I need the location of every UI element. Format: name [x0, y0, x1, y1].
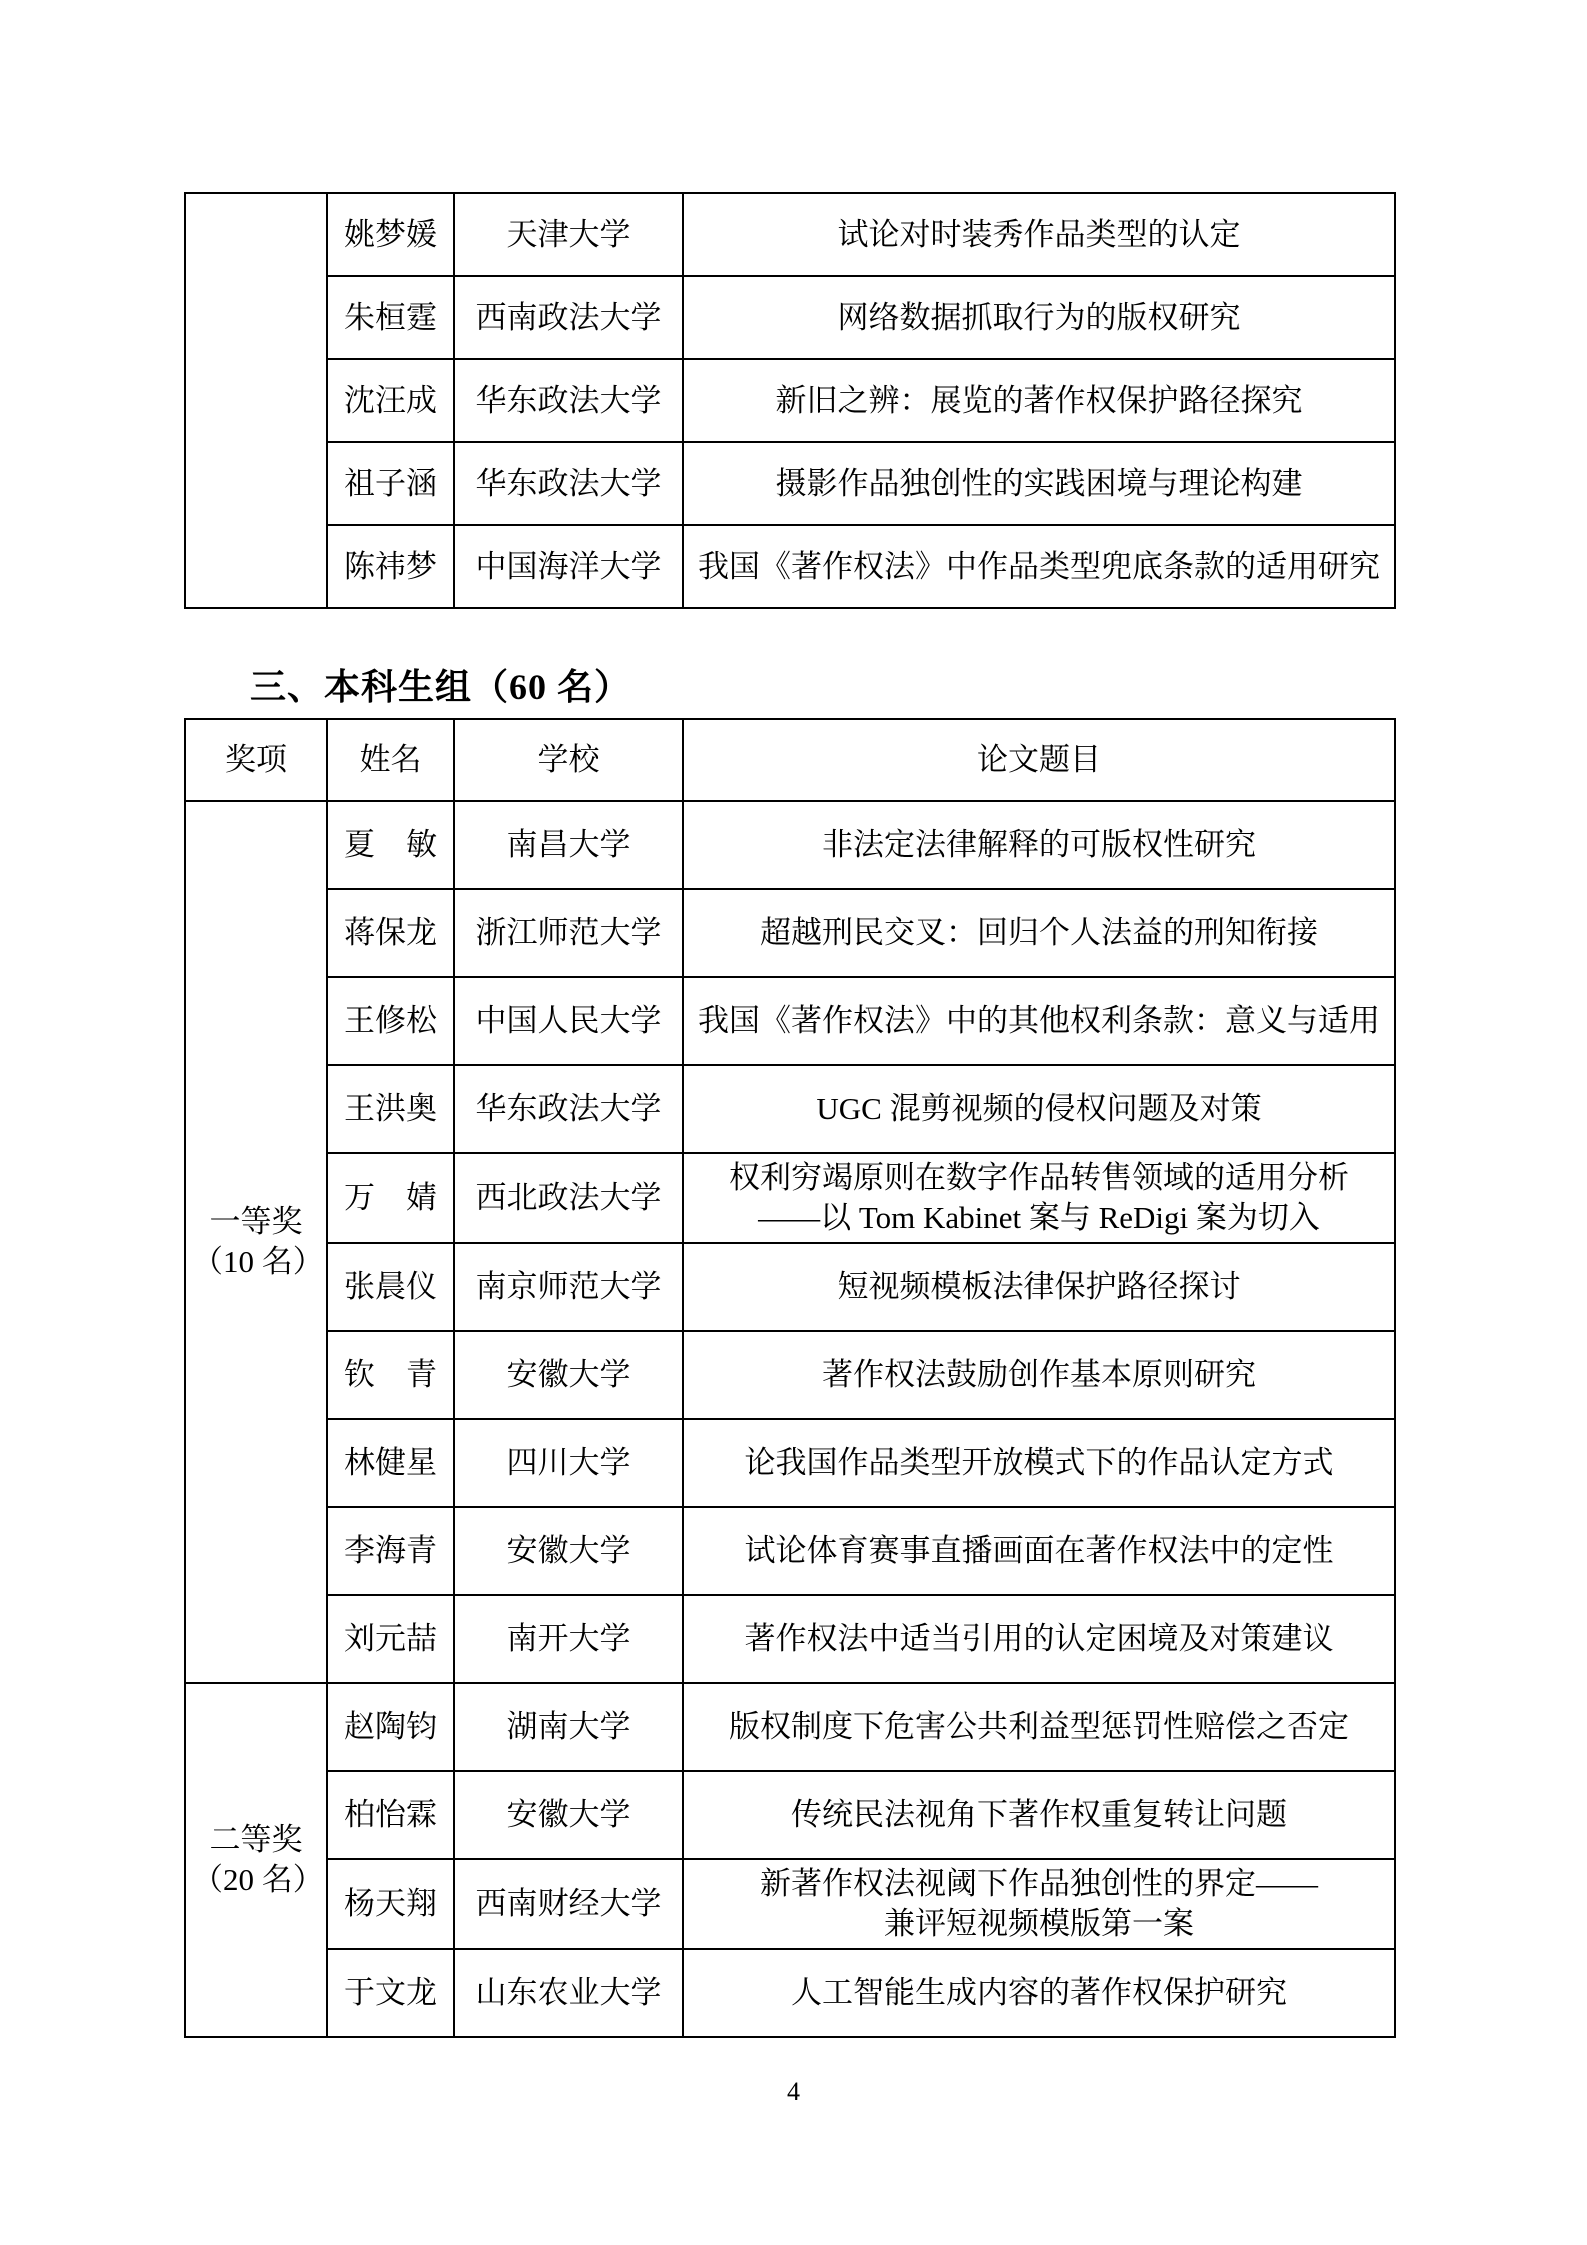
winner-school: 四川大学 — [454, 1419, 683, 1507]
winner-name: 王修松 — [327, 977, 454, 1065]
paper-title-text: 兼评短视频模版第一案 — [690, 1904, 1388, 1944]
award-group-cell-text: 二等奖 — [192, 1820, 320, 1860]
paper-title-text: 短视频模板法律保护路径探讨 — [690, 1267, 1388, 1307]
table-row: 刘元喆南开大学著作权法中适当引用的认定困境及对策建议 — [185, 1595, 1395, 1683]
table-graduate-group-continued: 姚梦媛天津大学试论对时装秀作品类型的认定朱桓霆西南政法大学网络数据抓取行为的版权… — [184, 192, 1396, 609]
paper-title: 摄影作品独创性的实践困境与理论构建 — [683, 442, 1395, 525]
award-group-cell: 二等奖（20 名） — [185, 1683, 327, 2037]
paper-title-text: 新旧之辨：展览的著作权保护路径探究 — [690, 381, 1388, 421]
table-row: 柏怡霖安徽大学传统民法视角下著作权重复转让问题 — [185, 1771, 1395, 1859]
winner-name: 李海青 — [327, 1507, 454, 1595]
award-group-cell-text: （10 名） — [192, 1242, 320, 1282]
paper-title-text: 我国《著作权法》中作品类型兜底条款的适用研究 — [690, 547, 1388, 587]
winner-school: 南昌大学 — [454, 801, 683, 889]
winner-school-text: 安徽大学 — [461, 1795, 676, 1835]
paper-title: 新旧之辨：展览的著作权保护路径探究 — [683, 359, 1395, 442]
winner-name: 祖子涵 — [327, 442, 454, 525]
winner-school-text: 安徽大学 — [461, 1355, 676, 1395]
winner-name: 钦 青 — [327, 1331, 454, 1419]
winner-name-text: 祖子涵 — [334, 464, 447, 504]
column-header-award: 奖项 — [185, 719, 327, 801]
table-body: 一等奖（10 名）夏 敏南昌大学非法定法律解释的可版权性研究蒋保龙浙江师范大学超… — [185, 801, 1395, 2037]
winner-name-text: 赵陶钧 — [334, 1707, 447, 1747]
paper-title: 人工智能生成内容的著作权保护研究 — [683, 1949, 1395, 2037]
award-group-cell-continued — [185, 193, 327, 608]
winner-name: 林健星 — [327, 1419, 454, 1507]
winner-name-text: 林健星 — [334, 1443, 447, 1483]
paper-title: 网络数据抓取行为的版权研究 — [683, 276, 1395, 359]
paper-title: 著作权法鼓励创作基本原则研究 — [683, 1331, 1395, 1419]
winner-name-text: 朱桓霆 — [334, 298, 447, 338]
paper-title-text: 网络数据抓取行为的版权研究 — [690, 298, 1388, 338]
winner-school-text: 中国海洋大学 — [461, 547, 676, 587]
winner-school: 安徽大学 — [454, 1507, 683, 1595]
page-number: 4 — [0, 2076, 1587, 2108]
winner-school: 山东农业大学 — [454, 1949, 683, 2037]
winner-school-text: 四川大学 — [461, 1443, 676, 1483]
winner-school: 西南财经大学 — [454, 1859, 683, 1949]
paper-title: 试论体育赛事直播画面在著作权法中的定性 — [683, 1507, 1395, 1595]
winner-name: 王洪奥 — [327, 1065, 454, 1153]
paper-title: 试论对时装秀作品类型的认定 — [683, 193, 1395, 276]
winner-name: 朱桓霆 — [327, 276, 454, 359]
winner-school: 天津大学 — [454, 193, 683, 276]
winner-school: 南开大学 — [454, 1595, 683, 1683]
winner-school-text: 湖南大学 — [461, 1707, 676, 1747]
winner-school: 南京师范大学 — [454, 1243, 683, 1331]
winner-name: 陈祎梦 — [327, 525, 454, 608]
winner-name-text: 张晨仪 — [334, 1267, 447, 1307]
winner-name-text: 蒋保龙 — [334, 913, 447, 953]
table-row: 王修松中国人民大学我国《著作权法》中的其他权利条款：意义与适用 — [185, 977, 1395, 1065]
table-header: 奖项 姓名 学校 论文题目 — [185, 719, 1395, 801]
winner-name-text: 杨天翔 — [334, 1884, 447, 1924]
winner-name: 万 婧 — [327, 1153, 454, 1243]
paper-title-text: 新著作权法视阈下作品独创性的界定—— — [690, 1864, 1388, 1904]
paper-title: 新著作权法视阈下作品独创性的界定——兼评短视频模版第一案 — [683, 1859, 1395, 1949]
paper-title: 我国《著作权法》中的其他权利条款：意义与适用 — [683, 977, 1395, 1065]
paper-title-text: 人工智能生成内容的著作权保护研究 — [690, 1973, 1388, 2013]
winner-name: 杨天翔 — [327, 1859, 454, 1949]
paper-title-text: 摄影作品独创性的实践困境与理论构建 — [690, 464, 1388, 504]
winner-name-text: 刘元喆 — [334, 1619, 447, 1659]
paper-title: 著作权法中适当引用的认定困境及对策建议 — [683, 1595, 1395, 1683]
table-row: 一等奖（10 名）夏 敏南昌大学非法定法律解释的可版权性研究 — [185, 801, 1395, 889]
winner-name: 赵陶钧 — [327, 1683, 454, 1771]
paper-title-text: 著作权法中适当引用的认定困境及对策建议 — [690, 1619, 1388, 1659]
winner-school: 湖南大学 — [454, 1683, 683, 1771]
table-body: 姚梦媛天津大学试论对时装秀作品类型的认定朱桓霆西南政法大学网络数据抓取行为的版权… — [185, 193, 1395, 608]
winner-name-text: 沈汪成 — [334, 381, 447, 421]
winner-school-text: 南开大学 — [461, 1619, 676, 1659]
winner-name-text: 钦 青 — [334, 1355, 447, 1395]
table-row: 林健星四川大学论我国作品类型开放模式下的作品认定方式 — [185, 1419, 1395, 1507]
winner-name: 张晨仪 — [327, 1243, 454, 1331]
document-page: 姚梦媛天津大学试论对时装秀作品类型的认定朱桓霆西南政法大学网络数据抓取行为的版权… — [0, 0, 1587, 2245]
winner-name-text: 陈祎梦 — [334, 547, 447, 587]
winner-school: 西北政法大学 — [454, 1153, 683, 1243]
column-header-school: 学校 — [454, 719, 683, 801]
winner-name-text: 王洪奥 — [334, 1089, 447, 1129]
winner-school-text: 浙江师范大学 — [461, 913, 676, 953]
winner-school: 西南政法大学 — [454, 276, 683, 359]
award-group-cell-text: 一等奖 — [192, 1202, 320, 1242]
paper-title-text: 试论体育赛事直播画面在著作权法中的定性 — [690, 1531, 1388, 1571]
winner-name: 蒋保龙 — [327, 889, 454, 977]
table-row: 祖子涵华东政法大学摄影作品独创性的实践困境与理论构建 — [185, 442, 1395, 525]
table-row: 朱桓霆西南政法大学网络数据抓取行为的版权研究 — [185, 276, 1395, 359]
paper-title: 非法定法律解释的可版权性研究 — [683, 801, 1395, 889]
winner-school-text: 华东政法大学 — [461, 1089, 676, 1129]
winner-name-text: 万 婧 — [334, 1178, 447, 1218]
winner-school-text: 中国人民大学 — [461, 1001, 676, 1041]
winner-name-text: 王修松 — [334, 1001, 447, 1041]
paper-title-text: 我国《著作权法》中的其他权利条款：意义与适用 — [690, 1001, 1388, 1041]
column-header-name: 姓名 — [327, 719, 454, 801]
winner-name: 夏 敏 — [327, 801, 454, 889]
winner-school: 华东政法大学 — [454, 359, 683, 442]
winner-school: 安徽大学 — [454, 1331, 683, 1419]
winner-school-text: 西南政法大学 — [461, 298, 676, 338]
section-heading: 三、本科生组（60 名） — [250, 662, 631, 712]
table-row: 杨天翔西南财经大学新著作权法视阈下作品独创性的界定——兼评短视频模版第一案 — [185, 1859, 1395, 1949]
winner-school: 华东政法大学 — [454, 442, 683, 525]
winner-school: 中国海洋大学 — [454, 525, 683, 608]
table-row: 于文龙山东农业大学人工智能生成内容的著作权保护研究 — [185, 1949, 1395, 2037]
winner-school-text: 华东政法大学 — [461, 381, 676, 421]
winner-school-text: 南昌大学 — [461, 825, 676, 865]
winner-school-text: 天津大学 — [461, 215, 676, 255]
table-row: 钦 青安徽大学著作权法鼓励创作基本原则研究 — [185, 1331, 1395, 1419]
winner-school-text: 南京师范大学 — [461, 1267, 676, 1307]
winner-name: 沈汪成 — [327, 359, 454, 442]
table-row: 二等奖（20 名）赵陶钧湖南大学版权制度下危害公共利益型惩罚性赔偿之否定 — [185, 1683, 1395, 1771]
winner-school-text: 华东政法大学 — [461, 464, 676, 504]
winner-name: 于文龙 — [327, 1949, 454, 2037]
table-row: 蒋保龙浙江师范大学超越刑民交叉：回归个人法益的刑知衔接 — [185, 889, 1395, 977]
award-group-cell: 一等奖（10 名） — [185, 801, 327, 1683]
winner-name-text: 柏怡霖 — [334, 1795, 447, 1835]
paper-title-text: 非法定法律解释的可版权性研究 — [690, 825, 1388, 865]
winner-name-text: 姚梦媛 — [334, 215, 447, 255]
paper-title-text: 版权制度下危害公共利益型惩罚性赔偿之否定 — [690, 1707, 1388, 1747]
table-row: 万 婧西北政法大学权利穷竭原则在数字作品转售领域的适用分析——以 Tom Kab… — [185, 1153, 1395, 1243]
paper-title: 我国《著作权法》中作品类型兜底条款的适用研究 — [683, 525, 1395, 608]
paper-title-text: 著作权法鼓励创作基本原则研究 — [690, 1355, 1388, 1395]
column-header-title: 论文题目 — [683, 719, 1395, 801]
winner-name-text: 于文龙 — [334, 1973, 447, 2013]
winner-name: 柏怡霖 — [327, 1771, 454, 1859]
winner-school: 安徽大学 — [454, 1771, 683, 1859]
winner-name-text: 夏 敏 — [334, 825, 447, 865]
award-group-cell-text: （20 名） — [192, 1860, 320, 1900]
winner-name-text: 李海青 — [334, 1531, 447, 1571]
paper-title: 版权制度下危害公共利益型惩罚性赔偿之否定 — [683, 1683, 1395, 1771]
paper-title: 超越刑民交叉：回归个人法益的刑知衔接 — [683, 889, 1395, 977]
paper-title-text: ——以 Tom Kabinet 案与 ReDigi 案为切入 — [690, 1198, 1388, 1238]
table-row: 陈祎梦中国海洋大学我国《著作权法》中作品类型兜底条款的适用研究 — [185, 525, 1395, 608]
paper-title: 短视频模板法律保护路径探讨 — [683, 1243, 1395, 1331]
paper-title: 传统民法视角下著作权重复转让问题 — [683, 1771, 1395, 1859]
paper-title: UGC 混剪视频的侵权问题及对策 — [683, 1065, 1395, 1153]
paper-title-text: UGC 混剪视频的侵权问题及对策 — [690, 1089, 1388, 1129]
table-row: 张晨仪南京师范大学短视频模板法律保护路径探讨 — [185, 1243, 1395, 1331]
winner-school: 中国人民大学 — [454, 977, 683, 1065]
winner-name: 刘元喆 — [327, 1595, 454, 1683]
table-row: 王洪奥华东政法大学UGC 混剪视频的侵权问题及对策 — [185, 1065, 1395, 1153]
paper-title: 权利穷竭原则在数字作品转售领域的适用分析——以 Tom Kabinet 案与 R… — [683, 1153, 1395, 1243]
paper-title-text: 论我国作品类型开放模式下的作品认定方式 — [690, 1443, 1388, 1483]
paper-title-text: 超越刑民交叉：回归个人法益的刑知衔接 — [690, 913, 1388, 953]
table-row: 沈汪成华东政法大学新旧之辨：展览的著作权保护路径探究 — [185, 359, 1395, 442]
winner-school: 浙江师范大学 — [454, 889, 683, 977]
winner-school-text: 安徽大学 — [461, 1531, 676, 1571]
winner-school: 华东政法大学 — [454, 1065, 683, 1153]
paper-title-text: 传统民法视角下著作权重复转让问题 — [690, 1795, 1388, 1835]
winner-name: 姚梦媛 — [327, 193, 454, 276]
winner-school-text: 西南财经大学 — [461, 1884, 676, 1924]
paper-title: 论我国作品类型开放模式下的作品认定方式 — [683, 1419, 1395, 1507]
table-undergraduate-group: 奖项 姓名 学校 论文题目 一等奖（10 名）夏 敏南昌大学非法定法律解释的可版… — [184, 718, 1396, 2038]
table-row: 姚梦媛天津大学试论对时装秀作品类型的认定 — [185, 193, 1395, 276]
winner-school-text: 西北政法大学 — [461, 1178, 676, 1218]
table-row: 李海青安徽大学试论体育赛事直播画面在著作权法中的定性 — [185, 1507, 1395, 1595]
winner-school-text: 山东农业大学 — [461, 1973, 676, 2013]
table-header-row: 奖项 姓名 学校 论文题目 — [185, 719, 1395, 801]
paper-title-text: 试论对时装秀作品类型的认定 — [690, 215, 1388, 255]
paper-title-text: 权利穷竭原则在数字作品转售领域的适用分析 — [690, 1158, 1388, 1198]
